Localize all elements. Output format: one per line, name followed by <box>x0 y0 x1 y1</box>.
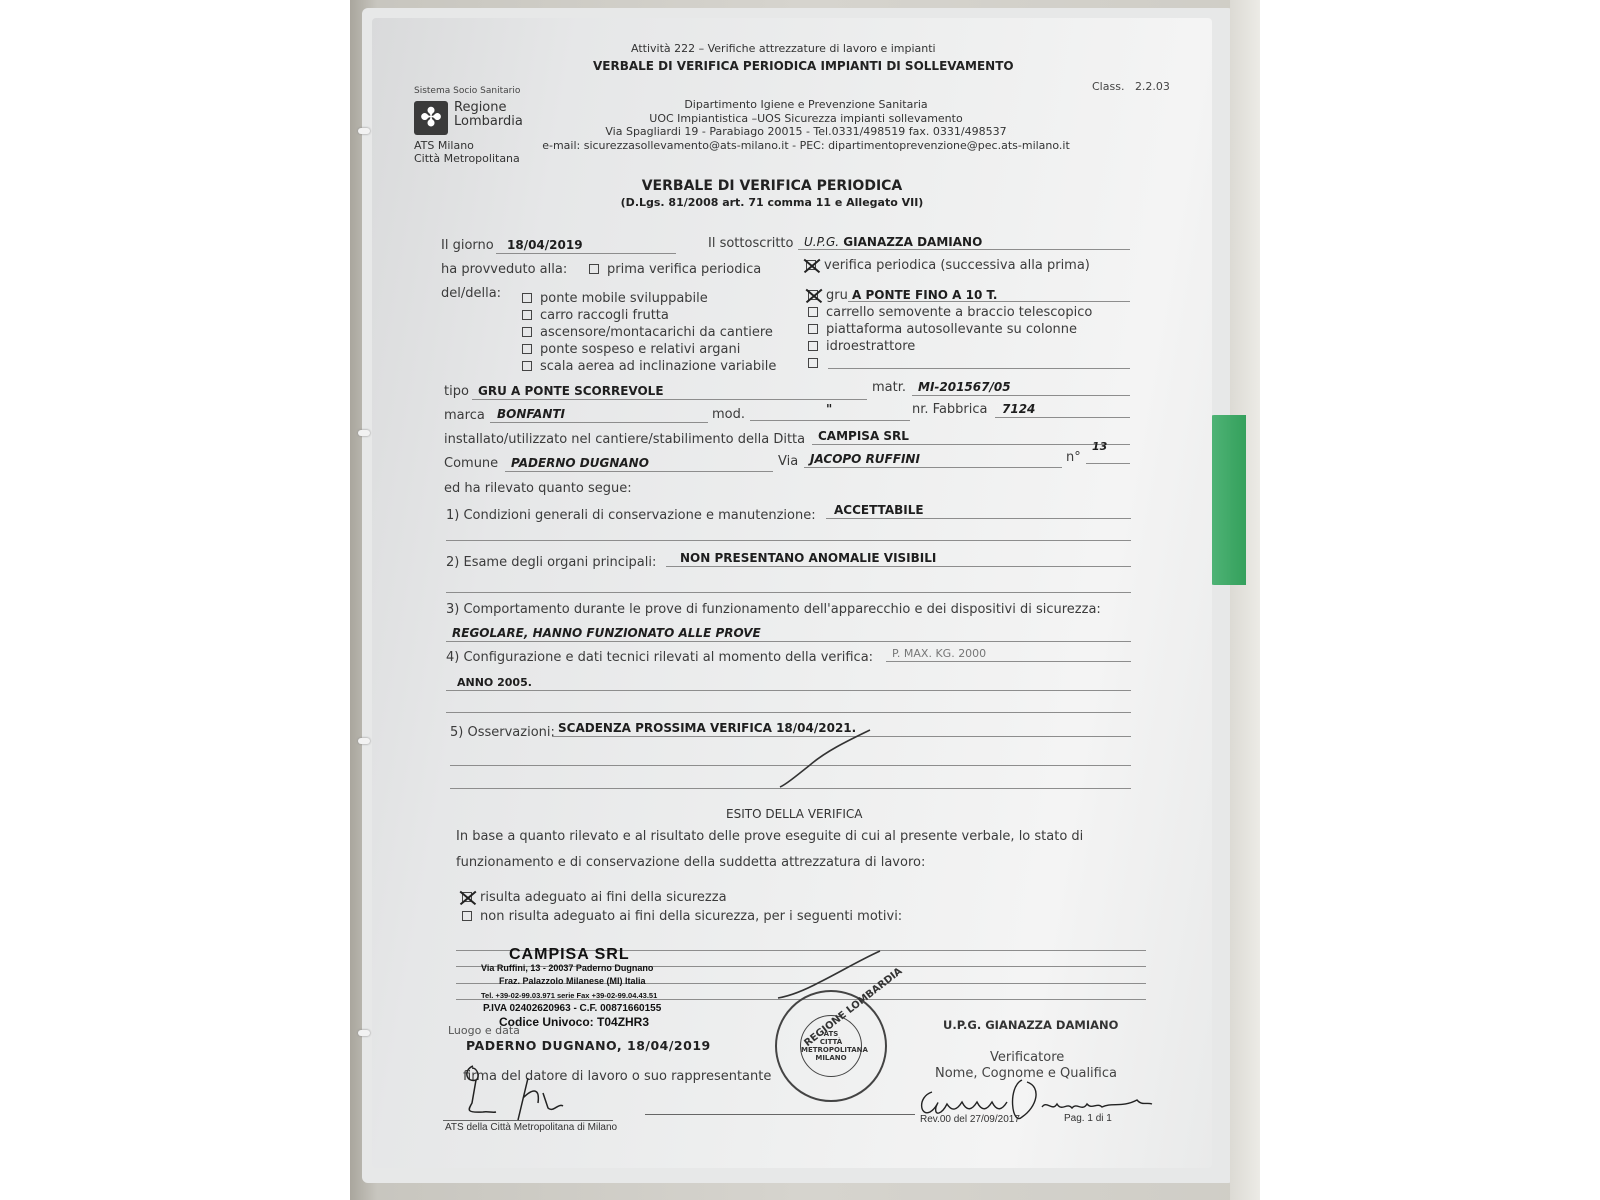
adequate-checkbox[interactable] <box>462 892 472 902</box>
first-check-label: prima verifica periodica <box>607 262 761 277</box>
stamp-tax: P.IVA 02402620963 - C.F. 00871660155 <box>483 1002 661 1016</box>
class-label: Class. <box>1092 80 1124 93</box>
option-label: ponte sospeso e relativi argani <box>540 342 740 357</box>
regione-lombardia-logo: ✤ Regione Lombardia <box>414 101 523 135</box>
date-value: 18/04/2019 <box>507 238 583 252</box>
document-title: VERBALE DI VERIFICA PERIODICA <box>572 178 972 194</box>
not-adequate-checkbox[interactable] <box>462 911 472 921</box>
via-label: Via <box>778 454 798 469</box>
strike-line <box>775 727 875 789</box>
option-label: idroestrattore <box>826 339 915 354</box>
checkbox[interactable] <box>808 358 818 368</box>
comune-value: PADERNO DUGNANO <box>511 456 649 470</box>
equipment-option[interactable]: ponte sospeso e relativi argani <box>522 341 776 358</box>
inspector-role: Verificatore <box>990 1050 1064 1065</box>
option-label: carro raccogli frutta <box>540 308 669 323</box>
factory-value: 7124 <box>1002 402 1035 416</box>
checkbox[interactable] <box>808 324 818 334</box>
item-2-label: 2) Esame degli organi principali: <box>446 555 656 570</box>
option-label: scala aerea ad inclinazione variabile <box>540 359 776 374</box>
checkbox[interactable] <box>522 310 532 320</box>
brand-value: BONFANTI <box>497 407 565 421</box>
place-value: PADERNO DUGNANO, 18/04/2019 <box>466 1038 711 1053</box>
stamp-address1: Via Ruffini, 13 - 20037 Paderno Dugnano <box>481 962 661 976</box>
logo-line3: ATS Milano <box>414 139 520 152</box>
provided-label: ha provveduto alla: <box>441 262 567 277</box>
equipment-option[interactable]: idroestrattore <box>808 338 1092 355</box>
outcome-text-2: funzionamento e di conservazione della s… <box>456 855 925 870</box>
footer-left: ATS della Città Metropolitana di Milano <box>445 1122 617 1133</box>
logo-wordmark: Regione Lombardia <box>454 101 523 135</box>
equipment-option[interactable]: ascensore/montacarichi da cantiere <box>522 324 776 341</box>
brand-label: marca <box>444 408 485 423</box>
periodic-check-checkbox[interactable] <box>806 260 816 270</box>
equipment-right-list: gru A PONTE FINO A 10 T. carrello semove… <box>808 287 1092 372</box>
stamp-code: Codice Univoco: T04ZHR3 <box>499 1016 661 1030</box>
not-adequate-label: non risulta adeguato ai fini della sicur… <box>480 909 902 924</box>
company-value: CAMPISA SRL <box>818 429 909 443</box>
official-stamp: ATS CITTÀ METROPOLITANA MILANO <box>775 990 887 1102</box>
checkbox[interactable] <box>808 341 818 351</box>
stamp-address2: Fraz. Palazzolo Milanese (MI) Italia <box>499 975 661 989</box>
stamp-contacts: Tel. +39-02-99.03.971 serie Fax +39-02-9… <box>481 989 661 1003</box>
header-title: VERBALE DI VERIFICA PERIODICA IMPIANTI D… <box>593 59 1014 73</box>
signed-name: GIANAZZA DAMIANO <box>843 235 982 249</box>
not-adequate-option[interactable]: non risulta adeguato ai fini della sicur… <box>462 909 902 924</box>
factory-label: nr. Fabbrica <box>912 402 987 417</box>
employer-signature <box>458 1058 588 1128</box>
logo-subtext: ATS Milano Città Metropolitana <box>414 139 520 165</box>
activity-line: Attività 222 – Verifiche attrezzature di… <box>631 42 936 55</box>
signed-value: U.P.G. GIANAZZA DAMIANO <box>804 235 982 249</box>
matr-label: matr. <box>872 380 906 395</box>
option-label: ascensore/montacarichi da cantiere <box>540 325 773 340</box>
found-label: ed ha rilevato quanto segue: <box>444 481 632 496</box>
department-line: Dipartimento Igiene e Prevenzione Sanita… <box>526 98 1086 112</box>
class-code: Class. 2.2.03 <box>1092 80 1170 93</box>
model-value: " <box>826 402 832 416</box>
comune-label: Comune <box>444 456 498 471</box>
department-block: Dipartimento Igiene e Prevenzione Sanita… <box>526 98 1086 152</box>
checkbox[interactable] <box>522 327 532 337</box>
logo-line2: Lombardia <box>454 115 523 129</box>
equipment-left-list: ponte mobile sviluppabile carro raccogli… <box>522 290 776 375</box>
type-label: tipo <box>444 384 469 399</box>
periodic-check-label: verifica periodica (successiva alla prim… <box>824 258 1090 273</box>
green-divider-tab <box>1210 415 1246 585</box>
item-5-label: 5) Osservazioni: <box>450 725 555 740</box>
option-label: gru <box>826 288 848 303</box>
periodic-check-option[interactable]: verifica periodica (successiva alla prim… <box>806 258 1090 273</box>
equipment-option[interactable]: carro raccogli frutta <box>522 307 776 324</box>
option-label: carrello semovente a braccio telescopico <box>826 305 1092 320</box>
item-4-value2: ANNO 2005. <box>457 676 532 689</box>
number-value: 13 <box>1092 440 1107 453</box>
logo-line4: Città Metropolitana <box>414 152 520 165</box>
adequate-option[interactable]: risulta adeguato ai fini della sicurezza <box>462 890 727 905</box>
place-label: Luogo e data <box>448 1024 520 1037</box>
stamp-inner-line: MILANO <box>801 1054 861 1062</box>
option-label: piattaforma autosollevante su colonne <box>826 322 1077 337</box>
item-3-label: 3) Comportamento durante le prove di fun… <box>446 602 1101 617</box>
outcome-text-1: In base a quanto rilevato e al risultato… <box>456 829 1083 844</box>
of-label: del/della: <box>441 286 501 301</box>
equipment-option[interactable]: carrello semovente a braccio telescopico <box>808 304 1092 321</box>
signed-prefix: U.P.G. <box>804 235 839 249</box>
gru-value: A PONTE FINO A 10 T. <box>852 288 997 302</box>
checkbox[interactable] <box>808 307 818 317</box>
item-4-value: P. MAX. KG. 2000 <box>892 647 986 660</box>
matr-value: MI-201567/05 <box>918 380 1011 394</box>
department-line: UOC Impiantistica –UOS Sicurezza impiant… <box>526 112 1086 126</box>
equipment-option-blank[interactable] <box>808 355 1092 372</box>
option-label: ponte mobile sviluppabile <box>540 291 708 306</box>
equipment-option[interactable]: piattaforma autosollevante su colonne <box>808 321 1092 338</box>
stamp-company-name: CAMPISA SRL <box>509 948 661 962</box>
installed-label: installato/utilizzato nel cantiere/stabi… <box>444 432 805 447</box>
date-label: Il giorno <box>441 238 494 253</box>
model-label: mod. <box>712 407 745 422</box>
signed-label: Il sottoscritto <box>708 236 793 251</box>
binder-edge <box>1230 0 1260 1200</box>
equipment-option[interactable]: ponte mobile sviluppabile <box>522 290 776 307</box>
item-1-label: 1) Condizioni generali di conservazione … <box>446 508 816 523</box>
adequate-label: risulta adeguato ai fini della sicurezza <box>480 890 727 905</box>
footer-page: Pag. 1 di 1 <box>1064 1113 1112 1124</box>
logo-system-text: Sistema Socio Sanitario <box>414 86 520 96</box>
department-line: Via Spagliardi 19 - Parabiago 20015 - Te… <box>526 125 1086 139</box>
item-4-label: 4) Configurazione e dati tecnici rilevat… <box>446 650 873 665</box>
equipment-option[interactable]: scala aerea ad inclinazione variabile <box>522 358 776 375</box>
document-subtitle: (D.Lgs. 81/2008 art. 71 comma 11 e Alleg… <box>572 196 972 209</box>
inspector-name: U.P.G. GIANAZZA DAMIANO <box>943 1018 1118 1032</box>
item-1-value: ACCETTABILE <box>834 503 924 517</box>
checkbox[interactable] <box>522 361 532 371</box>
first-check-checkbox[interactable] <box>589 264 599 274</box>
item-3-value: REGOLARE, HANNO FUNZIONATO ALLE PROVE <box>452 626 761 640</box>
first-check-option[interactable]: prima verifica periodica <box>589 262 761 277</box>
item-2-value: NON PRESENTANO ANOMALIE VISIBILI <box>680 551 936 565</box>
checkbox[interactable] <box>808 290 818 300</box>
via-value: JACOPO RUFFINI <box>810 452 920 466</box>
company-stamp: CAMPISA SRL Via Ruffini, 13 - 20037 Pade… <box>481 948 661 1029</box>
logo-line1: Regione <box>454 101 523 115</box>
outcome-title: ESITO DELLA VERIFICA <box>726 807 863 821</box>
checkbox[interactable] <box>522 293 532 303</box>
class-value: 2.2.03 <box>1135 80 1170 93</box>
footer-revision: Rev.00 del 27/09/2017 <box>920 1114 1020 1125</box>
checkbox[interactable] <box>522 344 532 354</box>
regione-lombardia-rose-icon: ✤ <box>414 101 448 135</box>
department-line: e-mail: sicurezzasollevamento@ats-milano… <box>526 139 1086 153</box>
number-label: n° <box>1066 450 1081 465</box>
type-value: GRU A PONTE SCORREVOLE <box>478 384 664 398</box>
